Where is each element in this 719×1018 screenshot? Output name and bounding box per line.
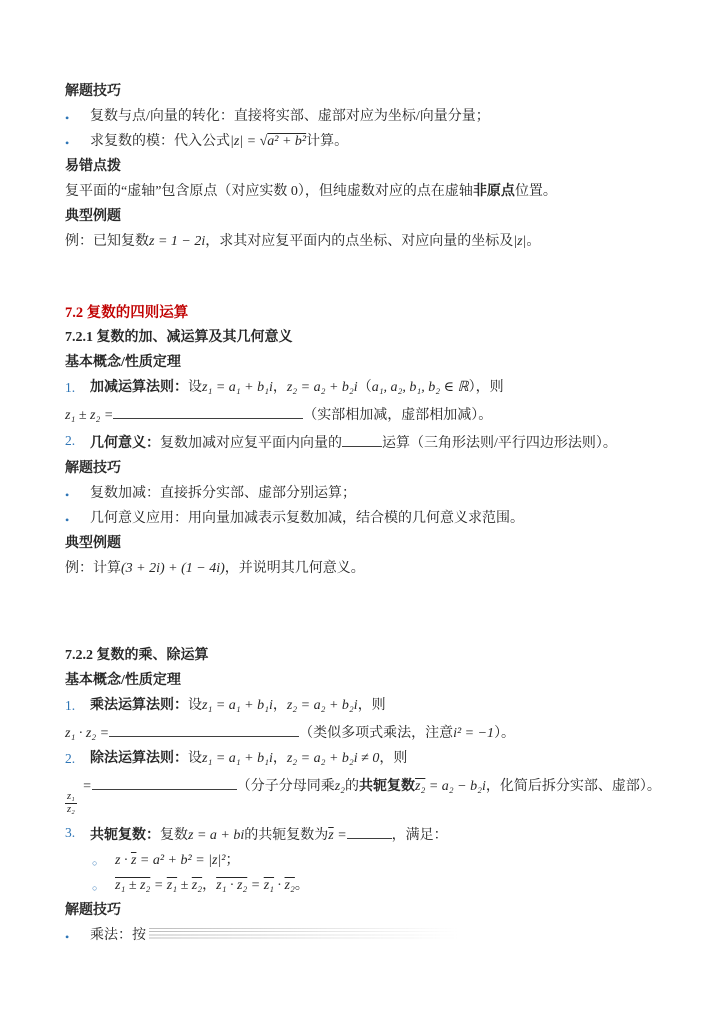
text-run: ， bbox=[273, 380, 287, 395]
math-run: = bbox=[150, 878, 166, 893]
text-run: （实部相加减，虚部相加减）。 bbox=[303, 408, 492, 423]
math-run: z₂ = a₂ + b₂i ≠ 0 bbox=[287, 751, 380, 766]
math-run: |z| bbox=[513, 234, 526, 249]
text-run: 设 bbox=[188, 751, 202, 766]
paragraph: 例：计算(3 + 2i) + (1 − 4i)，并说明其几何意义。 bbox=[65, 561, 707, 577]
text-run: 例：计算 bbox=[65, 561, 121, 576]
text-run: ， bbox=[273, 698, 287, 713]
bold-text-run: 解题技巧 bbox=[65, 84, 121, 99]
text-run: 。 bbox=[295, 878, 309, 893]
bullet-item: •复数加减：直接拆分实部、虚部分别运算； bbox=[65, 486, 707, 502]
paragraph: z₁ · z₂ =（类似多项式乘法，注意i² = −1）。 bbox=[65, 723, 707, 742]
spacer bbox=[65, 259, 707, 305]
numbered-item: 3.共轭复数：复数z = a + bi的共轭复数为z =，满足： bbox=[65, 825, 707, 844]
text-run: 复数与点/向量的转化：直接将实部、虚部对应为坐标/向量分量； bbox=[90, 109, 490, 124]
blank-underline bbox=[342, 433, 382, 447]
text-run: ，则 bbox=[358, 698, 386, 713]
sub-bullet-item: ○z · z = a² + b² = |z|²； bbox=[65, 853, 707, 869]
bullet-icon: • bbox=[65, 512, 69, 528]
math-run: |z| = √ bbox=[230, 134, 267, 149]
section-heading: 基本概念/性质定理 bbox=[65, 355, 707, 371]
faded-text-placeholder bbox=[149, 928, 474, 940]
fraction: z₁z₂ bbox=[65, 791, 77, 816]
bullet-icon: • bbox=[65, 487, 69, 503]
paragraph: z₁z₂ =（分子分母同乘z₂的共轭复数z₂ = a₂ − b₂i，化简后拆分实… bbox=[65, 776, 707, 816]
text-run: （类似多项式乘法，注意 bbox=[299, 726, 453, 741]
math-run: i² = −1 bbox=[453, 726, 494, 741]
math-overline-run: a² + b² bbox=[267, 134, 306, 149]
list-number: 3. bbox=[65, 825, 75, 841]
section-heading: 解题技巧 bbox=[65, 84, 707, 100]
text-run: ，化简后拆分实部、虚部）。 bbox=[486, 779, 661, 794]
math-run: z₁ = a₁ + b₁i bbox=[202, 751, 273, 766]
math-run: = a² + b² = |z|² bbox=[136, 853, 225, 868]
paragraph: 例：已知复数z = 1 − 2i，求其对应复平面内的点坐标、对应向量的坐标及|z… bbox=[65, 234, 707, 250]
math-run: = bbox=[247, 878, 263, 893]
bullet-icon: • bbox=[65, 110, 69, 126]
section-heading: 解题技巧 bbox=[65, 461, 707, 477]
bullet-item: •求复数的模：代入公式|z| = √a² + b²计算。 bbox=[65, 134, 707, 150]
fraction-denominator: z₂ bbox=[65, 804, 77, 816]
text-run: ，则 bbox=[379, 751, 407, 766]
text-run: 。 bbox=[526, 234, 540, 249]
numbered-item: 1.加减运算法则：设z₁ = a₁ + b₁i，z₂ = a₂ + b₂i（a₁… bbox=[65, 380, 707, 396]
bold-text-run: 7.2.1 复数的加、减运算及其几何意义 bbox=[65, 330, 293, 345]
bold-text-run: 几何意义： bbox=[90, 436, 160, 451]
text-run: ），则 bbox=[469, 380, 504, 395]
text-run: 运算（三角形法则/平行四边形法则）。 bbox=[382, 436, 617, 451]
bold-text-run: 典型例题 bbox=[65, 536, 121, 551]
bold-text-run: 解题技巧 bbox=[65, 461, 121, 476]
math-run: z · bbox=[115, 853, 131, 868]
text-run: （ bbox=[358, 380, 372, 395]
numbered-item: 1.乘法运算法则：设z₁ = a₁ + b₁i，z₂ = a₂ + b₂i，则 bbox=[65, 698, 707, 714]
bold-text-run: 典型例题 bbox=[65, 209, 121, 224]
math-run: z₁ = a₁ + b₁i bbox=[202, 380, 273, 395]
text-run: ， bbox=[273, 751, 287, 766]
bullet-icon: • bbox=[65, 135, 69, 151]
bold-text-run: 解题技巧 bbox=[65, 903, 121, 918]
text-run: 复数加减：直接拆分实部、虚部分别运算； bbox=[90, 486, 356, 501]
list-number: 2. bbox=[65, 433, 75, 449]
bold-text-run: 7.2 复数的四则运算 bbox=[65, 305, 188, 321]
text-run: 复数 bbox=[160, 828, 188, 843]
math-run: z = a + bi bbox=[188, 828, 244, 843]
list-number: 2. bbox=[65, 751, 75, 767]
circle-bullet-icon: ○ bbox=[92, 880, 97, 896]
blank-underline bbox=[113, 405, 303, 419]
paragraph: 复平面的“虚轴”包含原点（对应实数 0），但纯虚数对应的点在虚轴非原点位置。 bbox=[65, 184, 707, 200]
section-heading: 解题技巧 bbox=[65, 903, 707, 919]
fraction-numerator: z₁ bbox=[65, 791, 77, 804]
math-run: = bbox=[79, 779, 92, 794]
paragraph: z₁ ± z₂ =（实部相加减，虚部相加减）。 bbox=[65, 405, 707, 424]
text-run: ，求其对应复平面内的点坐标、对应向量的坐标及 bbox=[205, 234, 513, 249]
blank-underline bbox=[109, 723, 299, 737]
math-overline-run: z₁ bbox=[167, 878, 177, 893]
text-run: 例：已知复数 bbox=[65, 234, 149, 249]
text-run: 设 bbox=[188, 380, 202, 395]
blank-underline bbox=[92, 776, 237, 790]
numbered-item: 2.几何意义：复数加减对应复平面内向量的运算（三角形法则/平行四边形法则）。 bbox=[65, 433, 707, 452]
math-run: · bbox=[274, 878, 285, 893]
math-overline-run: z₂ bbox=[415, 779, 425, 794]
bold-text-run: 共轭复数： bbox=[90, 828, 160, 843]
math-run: = bbox=[334, 828, 347, 843]
text-run: ，并说明其几何意义。 bbox=[225, 561, 365, 576]
bold-text-run: 易错点拨 bbox=[65, 159, 121, 174]
math-run: (3 + 2i) + (1 − 4i) bbox=[121, 561, 225, 576]
math-overline-run: z₂ bbox=[285, 878, 295, 893]
section-heading: 典型例题 bbox=[65, 209, 707, 225]
truncated-line: •乘法：按 bbox=[65, 928, 707, 944]
circle-bullet-icon: ○ bbox=[92, 855, 97, 871]
spacer bbox=[65, 586, 707, 648]
section-heading: 7.2.2 复数的乘、除运算 bbox=[65, 648, 707, 664]
numbered-item: 2.除法运算法则：设z₁ = a₁ + b₁i，z₂ = a₂ + b₂i ≠ … bbox=[65, 751, 707, 767]
bold-text-run: 基本概念/性质定理 bbox=[65, 673, 181, 688]
text-run: ，满足： bbox=[392, 828, 448, 843]
document-content: 解题技巧•复数与点/向量的转化：直接将实部、虚部对应为坐标/向量分量；•求复数的… bbox=[0, 0, 719, 944]
chapter-heading: 7.2 复数的四则运算 bbox=[65, 305, 707, 321]
math-run: z = 1 − 2i bbox=[149, 234, 205, 249]
text-run: 的共轭复数为 bbox=[244, 828, 328, 843]
blank-underline bbox=[347, 825, 392, 839]
math-run: a₁, a₂, b₁, b₂ ∈ ℝ bbox=[372, 380, 469, 395]
section-heading: 易错点拨 bbox=[65, 159, 707, 175]
math-run: z₂ = a₂ + b₂i bbox=[287, 380, 358, 395]
text-run: 位置。 bbox=[515, 184, 557, 199]
list-number: 1. bbox=[65, 698, 75, 714]
text-run: 求复数的模：代入公式 bbox=[90, 134, 230, 149]
bold-text-run: 非原点 bbox=[473, 184, 515, 199]
text-run: 几何意义应用：用向量加减表示复数加减，结合模的几何意义求范围。 bbox=[90, 511, 524, 526]
section-heading: 基本概念/性质定理 bbox=[65, 673, 707, 689]
math-overline-run: z₁ · z₂ bbox=[216, 878, 247, 893]
section-heading: 典型例题 bbox=[65, 536, 707, 552]
bold-text-run: 除法运算法则： bbox=[90, 751, 188, 766]
sub-bullet-item: ○z₁ ± z₂ = z₁ ± z₂，z₁ · z₂ = z₁ · z₂。 bbox=[65, 878, 707, 894]
text-run: ， bbox=[202, 878, 216, 893]
section-heading: 7.2.1 复数的加、减运算及其几何意义 bbox=[65, 330, 707, 346]
text-run: 乘法：按 bbox=[90, 928, 146, 943]
math-run: z₂ bbox=[335, 779, 345, 794]
bold-text-run: 7.2.2 复数的乘、除运算 bbox=[65, 648, 209, 663]
text-run: 复平面的“虚轴”包含原点（对应实数 0），但纯虚数对应的点在虚轴 bbox=[65, 184, 473, 199]
text-run: ）。 bbox=[494, 726, 515, 741]
list-number: 1. bbox=[65, 380, 75, 396]
bold-text-run: 基本概念/性质定理 bbox=[65, 355, 181, 370]
math-run: ± bbox=[177, 878, 192, 893]
bullet-icon: • bbox=[65, 929, 69, 945]
math-run: z₁ = a₁ + b₁i bbox=[202, 698, 273, 713]
bold-text-run: 加减运算法则： bbox=[90, 380, 188, 395]
math-run: = a₂ − b₂i bbox=[425, 779, 486, 794]
math-run: z₁ · z₂ = bbox=[65, 726, 109, 741]
math-overline-run: z₁ ± z₂ bbox=[115, 878, 150, 893]
text-run: 设 bbox=[188, 698, 202, 713]
math-run: z₂ = a₂ + b₂i bbox=[287, 698, 358, 713]
bold-text-run: 乘法运算法则： bbox=[90, 698, 188, 713]
text-run: 计算。 bbox=[306, 134, 348, 149]
bullet-item: •几何意义应用：用向量加减表示复数加减，结合模的几何意义求范围。 bbox=[65, 511, 707, 527]
text-run: 复数加减对应复平面内向量的 bbox=[160, 436, 342, 451]
text-run: 的 bbox=[345, 779, 359, 794]
bullet-item: •复数与点/向量的转化：直接将实部、虚部对应为坐标/向量分量； bbox=[65, 109, 707, 125]
math-overline-run: z₁ bbox=[264, 878, 274, 893]
text-run: （分子分母同乘 bbox=[237, 779, 335, 794]
document-page: 解题技巧•复数与点/向量的转化：直接将实部、虚部对应为坐标/向量分量；•求复数的… bbox=[0, 0, 719, 1018]
math-run: z₁ ± z₂ = bbox=[65, 408, 113, 423]
bold-text-run: 共轭复数 bbox=[359, 779, 415, 794]
text-run: ； bbox=[226, 853, 240, 868]
math-overline-run: z₂ bbox=[192, 878, 202, 893]
